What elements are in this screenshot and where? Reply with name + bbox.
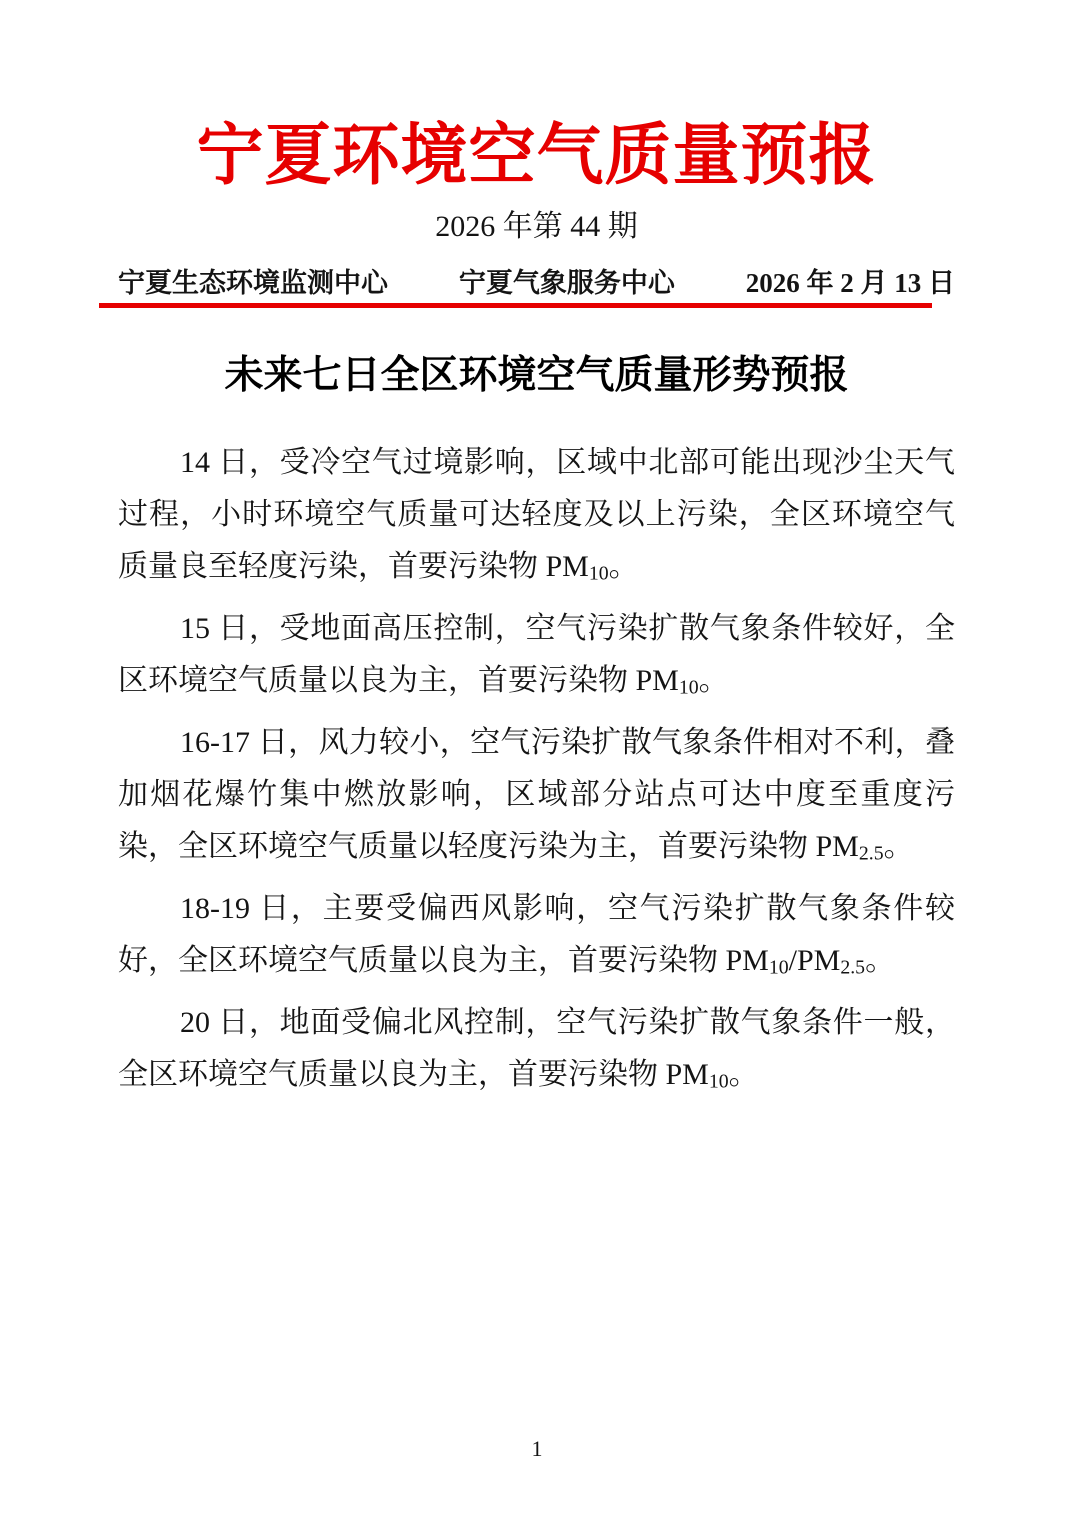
body-paragraphs: 14 日，受冷空气过境影响，区域中北部可能出现沙尘天气过程，小时环境空气质量可达… xyxy=(118,437,955,1101)
byline-row: 宁夏生态环境监测中心 宁夏气象服务中心 2026 年 2 月 13 日 xyxy=(118,269,955,299)
byline-org-left: 宁夏生态环境监测中心 xyxy=(118,269,388,299)
pollutant-subscript: 10 xyxy=(769,956,789,978)
pollutant-subscript: 2.5 xyxy=(840,956,865,978)
body-paragraph: 16-17 日，风力较小，空气污染扩散气象条件相对不利，叠加烟花爆竹集中燃放影响… xyxy=(118,717,955,873)
header-rule xyxy=(99,303,932,308)
pollutant-subscript: 10 xyxy=(589,562,609,584)
body-paragraph: 20 日，地面受偏北风控制，空气污染扩散气象条件一般，全区环境空气质量以良为主，… xyxy=(118,997,955,1101)
pollutant-subscript: 10 xyxy=(709,1070,729,1092)
byline-date: 2026 年 2 月 13 日 xyxy=(746,269,955,299)
byline-org-center: 宁夏气象服务中心 xyxy=(459,269,675,299)
body-paragraph: 18-19 日，主要受偏西风影响，空气污染扩散气象条件较好，全区环境空气质量以良… xyxy=(118,883,955,987)
section-heading: 未来七日全区环境空气质量形势预报 xyxy=(118,352,955,401)
document-title: 宁夏环境空气质量预报 xyxy=(118,116,955,198)
issue-line: 2026 年第 44 期 xyxy=(118,208,955,246)
body-paragraph: 15 日，受地面高压控制，空气污染扩散气象条件较好，全区环境空气质量以良为主，首… xyxy=(118,603,955,707)
document-content: 宁夏环境空气质量预报 2026 年第 44 期 宁夏生态环境监测中心 宁夏气象服… xyxy=(0,116,1074,1101)
pollutant-subscript: 10 xyxy=(679,676,699,698)
page-number: 1 xyxy=(0,1436,1074,1462)
body-paragraph: 14 日，受冷空气过境影响，区域中北部可能出现沙尘天气过程，小时环境空气质量可达… xyxy=(118,437,955,593)
document-page: 宁夏环境空气质量预报 2026 年第 44 期 宁夏生态环境监测中心 宁夏气象服… xyxy=(0,0,1074,1520)
pollutant-subscript: 2.5 xyxy=(859,842,884,864)
